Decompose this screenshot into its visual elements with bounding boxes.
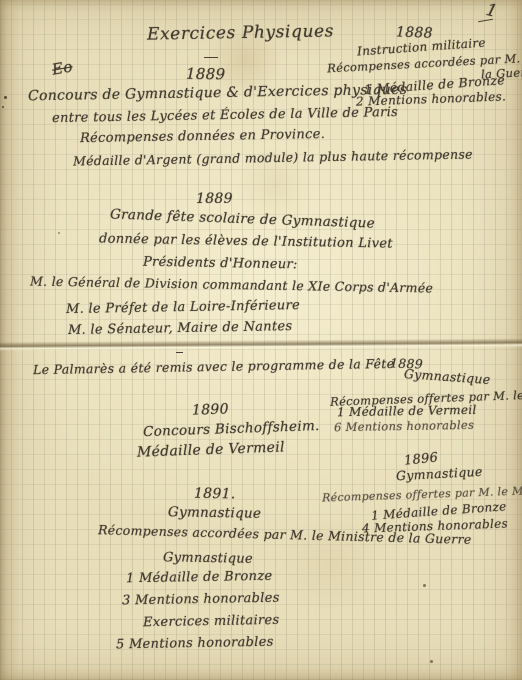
palmares-note: Le Palmarès a été remis avec le programm… — [33, 356, 395, 377]
section-1889c-subtitle: Gymnastique — [404, 366, 491, 387]
document-title: Exercices Physiques — [147, 21, 334, 44]
section-1889b-line: donnée par les élèves de l'Institution L… — [99, 231, 393, 251]
ink-speck — [58, 232, 60, 234]
section-1896-subtitle: Gymnastique — [396, 464, 483, 484]
section-1889a-year: 1889 — [186, 65, 226, 84]
section-1889c-item: 1 Médaille de Vermeil — [337, 403, 477, 419]
section-1889b-line: Grande fête scolaire de Gymnastique — [110, 206, 375, 231]
section-1891-item: 5 Mentions honorables — [116, 635, 274, 653]
section-1889a-line: Médaille d'Argent (grand module) la plus… — [73, 147, 473, 169]
section-1891-item: 3 Mentions honorables — [122, 591, 280, 609]
section-1891-subheading: Gymnastique — [163, 550, 253, 567]
title-dash — [204, 57, 218, 58]
manuscript-page: 1 Exercices Physiques 1888 Instruction m… — [0, 0, 522, 680]
section-1891-item: Exercices militaires — [143, 613, 280, 630]
section-1889a-line: entre tous les Lycées et Écoles de la Vi… — [52, 105, 398, 126]
section-1889a-line: Récompenses données en Province. — [80, 127, 325, 146]
section-1889a-line: Concours de Gymnastique & d'Exercices ph… — [28, 82, 407, 105]
section-1891-year: 1891. — [194, 486, 236, 503]
ink-speck — [430, 660, 433, 663]
section-1889b-line: M. le Préfet de la Loire-Inférieure — [66, 298, 300, 317]
section-1890-line: Médaille de Vermeil — [137, 439, 285, 460]
ink-speck — [423, 584, 426, 587]
section-1890-line: Concours Bischoffsheim. — [143, 418, 320, 440]
margin-mark: Eo — [51, 57, 74, 78]
section-1889b-line: M. le Sénateur, Maire de Nantes — [68, 319, 293, 338]
section-1891-item: 1 Médaille de Bronze — [126, 569, 273, 587]
section-1889c-item: 6 Mentions honorables — [334, 418, 474, 434]
ink-speck — [4, 96, 7, 99]
ink-speck — [2, 106, 4, 108]
section-1889b-year: 1889 — [196, 191, 233, 207]
fold-mark — [176, 352, 183, 353]
section-1890-year: 1890 — [192, 401, 229, 418]
section-1889b-line: Présidents d'Honneur: — [143, 255, 298, 273]
paper-fold-crease — [0, 338, 522, 351]
section-1891-subtitle: Gymnastique — [168, 504, 262, 522]
section-1889b-line: M. le Général de Division commandant le … — [30, 273, 433, 295]
